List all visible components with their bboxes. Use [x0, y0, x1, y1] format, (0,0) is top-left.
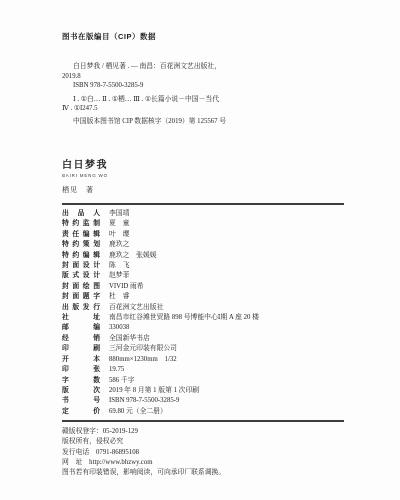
cip-data-block: 白日梦我 / 栖见著 . — 南昌：百花洲文艺出版社， 2019.8 ISBN … [62, 62, 344, 114]
colophon-label: 出版发行 [62, 303, 100, 313]
colophon-table: 出品人李国靖 特约监制夏 童 责任编辑叶 缨 特约策划鹿玖之 特约编辑鹿玖之 张… [62, 209, 344, 417]
colophon-label: 特约监制 [62, 219, 100, 229]
divider-bottom [62, 420, 344, 422]
colophon-row: 印刷三河金元印装有限公司 [62, 344, 344, 354]
book-title-romanized: BAIRI MENG WO [62, 173, 344, 179]
colophon-value: 19.75 [109, 366, 124, 373]
colophon-label: 特约策划 [62, 240, 100, 250]
colophon-value: 鹿玖之 张媛媛 [109, 252, 157, 259]
colophon-row: 定价69.80 元（全二册） [62, 407, 344, 417]
cip-line: ISBN 978-7-5500-3285-9 [62, 81, 344, 91]
colophon-value: 880mm×1230mm 1/32 [109, 356, 177, 363]
colophon-value: 杜 睿 [109, 293, 129, 300]
footer-line: 图书若有印装错误，影响阅读，可向承印厂联系调换。 [62, 468, 344, 478]
colophon-label: 社址 [62, 313, 100, 323]
colophon-value: 陈 飞 [109, 262, 129, 269]
colophon-value: 鹿玖之 [109, 241, 129, 248]
colophon-row: 经销全国新华书店 [62, 334, 344, 344]
colophon-value: 南昌市红谷滩世贸路 898 号博能中心Ⅰ期 A 座 20 楼 [109, 314, 259, 321]
colophon-label: 版次 [62, 386, 100, 396]
book-title: 白日梦我 [62, 160, 344, 171]
footer-line: 发行电话 0791-86895108 [62, 448, 344, 458]
colophon-label: 特约编辑 [62, 251, 100, 261]
title-block: 白日梦我 BAIRI MENG WO 栖见 著 [62, 160, 344, 195]
colophon-label: 印刷 [62, 344, 100, 354]
colophon-row: 印张19.75 [62, 365, 344, 375]
colophon-label: 封面题字 [62, 292, 100, 302]
colophon-row: 封面题字杜 睿 [62, 292, 344, 302]
copyright-page: 图书在版编目（CIP）数据 白日梦我 / 栖见著 . — 南昌：百花洲文艺出版社… [0, 0, 400, 500]
colophon-label: 经销 [62, 334, 100, 344]
colophon-row: 开本880mm×1230mm 1/32 [62, 355, 344, 365]
colophon-row: 版次2019 年 8 月第 1 版第 1 次印刷 [62, 386, 344, 396]
colophon-label: 出品人 [62, 209, 100, 219]
colophon-row: 出版发行百花洲文艺出版社 [62, 303, 344, 313]
colophon-row: 邮编330038 [62, 323, 344, 333]
colophon-value: 李国靖 [109, 210, 129, 217]
colophon-row: 书号ISBN 978-7-5500-3285-9 [62, 396, 344, 406]
footer-line: 赣版权登字：05-2019-129 [62, 427, 344, 437]
footer-block: 赣版权登字：05-2019-129 版权所有，侵权必究 发行电话 0791-86… [62, 427, 344, 478]
cip-line: Ⅳ . ①I247.5 [62, 104, 344, 114]
cip-line: 2019.8 [62, 72, 344, 82]
cip-line: 白日梦我 / 栖见著 . — 南昌：百花洲文艺出版社， [62, 62, 344, 72]
footer-line: 版权所有，侵权必究 [62, 437, 344, 447]
colophon-row: 社址南昌市红谷滩世贸路 898 号博能中心Ⅰ期 A 座 20 楼 [62, 313, 344, 323]
cip-line: Ⅰ . ①白… Ⅱ . ①栖… Ⅲ . ①长篇小说－中国－当代 [62, 95, 344, 105]
colophon-label: 字数 [62, 376, 100, 386]
colophon-value: 2019 年 8 月第 1 版第 1 次印刷 [109, 387, 199, 394]
colophon-value: 69.80 元（全二册） [109, 408, 167, 415]
colophon-label: 开本 [62, 355, 100, 365]
colophon-value: 全国新华书店 [109, 335, 150, 342]
colophon-value: VIVID 雨希 [109, 283, 144, 290]
cip-record-number: 中国版本图书馆 CIP 数据核字（2019）第 125567 号 [62, 117, 344, 127]
footer-line: 网 址 http://www.bhzwy.com [62, 458, 344, 468]
colophon-value: 赵梦菲 [109, 272, 129, 279]
colophon-value: ISBN 978-7-5500-3285-9 [109, 397, 179, 404]
colophon-value: 百花洲文艺出版社 [109, 304, 163, 311]
colophon-label: 封面设计 [62, 261, 100, 271]
colophon-row: 特约策划鹿玖之 [62, 240, 344, 250]
colophon-label: 责任编辑 [62, 230, 100, 240]
colophon-row: 版式设计赵梦菲 [62, 271, 344, 281]
colophon-row: 特约编辑鹿玖之 张媛媛 [62, 251, 344, 261]
colophon-label: 版式设计 [62, 271, 100, 281]
colophon-value: 夏 童 [109, 220, 129, 227]
colophon-value: 叶 缨 [109, 231, 129, 238]
colophon-label: 定价 [62, 407, 100, 417]
colophon-value: 330038 [109, 324, 129, 331]
divider-top [62, 203, 344, 205]
colophon-label: 书号 [62, 396, 100, 406]
colophon-value: 三河金元印装有限公司 [109, 345, 177, 352]
colophon-label: 封面绘图 [62, 282, 100, 292]
cip-header: 图书在版编目（CIP）数据 [62, 32, 344, 42]
colophon-row: 字数586 千字 [62, 376, 344, 386]
colophon-label: 印张 [62, 365, 100, 375]
colophon-row: 责任编辑叶 缨 [62, 230, 344, 240]
colophon-row: 出品人李国靖 [62, 209, 344, 219]
colophon-label: 邮编 [62, 323, 100, 333]
colophon-row: 封面绘图VIVID 雨希 [62, 282, 344, 292]
colophon-row: 特约监制夏 童 [62, 219, 344, 229]
colophon-row: 封面设计陈 飞 [62, 261, 344, 271]
author-line: 栖见 著 [62, 186, 344, 195]
colophon-value: 586 千字 [109, 377, 135, 384]
